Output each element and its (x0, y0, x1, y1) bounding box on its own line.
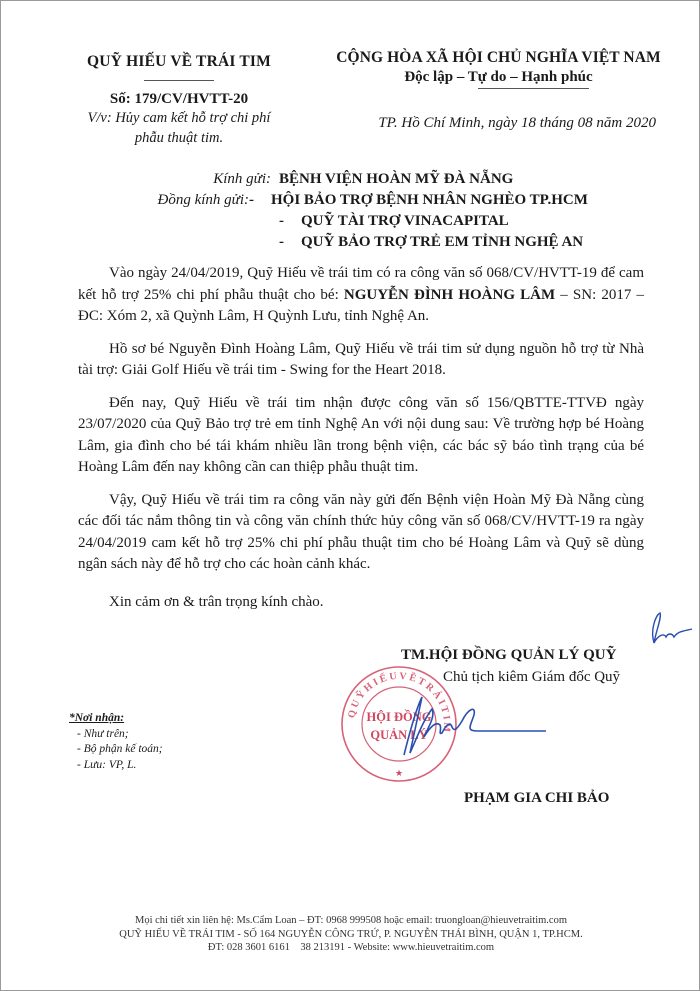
subject-line-2: phẫu thuật tim. (63, 129, 295, 148)
paragraph-3: Đến nay, Quỹ Hiếu về trái tim nhận được … (78, 393, 644, 479)
footer-contact: Mọi chi tiết xin liên hệ: Ms.Cẩm Loan – … (61, 914, 641, 928)
header-right: CỘNG HÒA XÃ HỘI CHỦ NGHĨA VIỆT NAM Độc l… (321, 49, 676, 132)
cc-value: QUỸ TÀI TRỢ VINACAPITAL (301, 211, 509, 232)
organization-name: QUỸ HIẾU VỀ TRÁI TIM (63, 53, 295, 71)
svg-text:★: ★ (395, 768, 403, 778)
addressees: Kính gửi: BỆNH VIỆN HOÀN MỸ ĐÀ NẴNG Đồng… (171, 169, 691, 253)
addressee-cc-1: Đồng kính gửi: - HỘI BẢO TRỢ BỆNH NHÂN N… (171, 190, 691, 211)
paragraph-4: Vậy, Quỹ Hiếu về trái tim ra công văn nà… (78, 490, 644, 576)
cc-dash: - (249, 190, 271, 211)
signatory-role: Chủ tịch kiêm Giám đốc Quỹ (443, 669, 620, 686)
header-left: QUỸ HIẾU VỀ TRÁI TIM Số: 179/CV/HVTT-20 … (63, 53, 295, 148)
cc-dash: - (279, 211, 301, 232)
cc-value: HỘI BẢO TRỢ BỆNH NHÂN NGHÈO TP.HCM (271, 190, 588, 211)
document-number: Số: 179/CV/HVTT-20 (63, 91, 295, 108)
distribution-item: - Bộ phận kế toán; (69, 742, 163, 758)
handwritten-signature-icon (396, 691, 556, 761)
initial-signature-icon (646, 609, 696, 649)
addressee-cc-2: - QUỸ TÀI TRỢ VINACAPITAL (171, 211, 691, 232)
patient-name: NGUYỄN ĐÌNH HOÀNG LÂM (344, 287, 555, 303)
closing-line: Xin cảm ơn & trân trọng kính chào. (109, 594, 324, 611)
date-line: TP. Hồ Chí Minh, ngày 18 tháng 08 năm 20… (321, 115, 676, 132)
addressee-primary: Kính gửi: BỆNH VIỆN HOÀN MỸ ĐÀ NẴNG (171, 169, 691, 190)
paragraph-2: Hồ sơ bé Nguyễn Đình Hoàng Lâm, Quỹ Hiếu… (78, 339, 644, 382)
footer-phone-website: ĐT: 028 3601 6161 38 213191 - Website: w… (61, 941, 641, 955)
national-title: CỘNG HÒA XÃ HỘI CHỦ NGHĨA VIỆT NAM (321, 49, 676, 67)
distribution-item: - Lưu: VP, L. (69, 758, 163, 774)
document-page: QUỸ HIẾU VỀ TRÁI TIM Số: 179/CV/HVTT-20 … (0, 0, 700, 991)
cc-value: QUỸ BẢO TRỢ TRẺ EM TỈNH NGHỆ AN (301, 232, 583, 253)
addressee-cc-3: - QUỸ BẢO TRỢ TRẺ EM TỈNH NGHỆ AN (171, 232, 691, 253)
distribution-heading: *Nơi nhận: (69, 711, 163, 727)
motto-underline (478, 88, 588, 89)
cc-dash: - (279, 232, 301, 253)
letter-footer: Mọi chi tiết xin liên hệ: Ms.Cẩm Loan – … (61, 914, 641, 955)
national-motto: Độc lập – Tự do – Hạnh phúc (404, 69, 592, 86)
header-divider (144, 80, 214, 81)
motto-text: Độc lập – Tự do – Hạnh phúc (404, 69, 592, 85)
signatory-name: PHẠM GIA CHI BẢO (464, 790, 609, 807)
subject-line-1: V/v: Hủy cam kết hỗ trợ chi phí (63, 109, 295, 128)
to-value: BỆNH VIỆN HOÀN MỸ ĐÀ NẴNG (279, 169, 513, 190)
distribution-item: - Như trên; (69, 727, 163, 743)
letter-body: Vào ngày 24/04/2019, Quỹ Hiếu về trái ti… (78, 263, 644, 587)
paragraph-1: Vào ngày 24/04/2019, Quỹ Hiếu về trái ti… (78, 263, 644, 328)
to-label: Kính gửi: (171, 169, 279, 190)
signatory-title: TM.HỘI ĐỒNG QUẢN LÝ QUỸ (401, 647, 616, 664)
distribution-list: *Nơi nhận: - Như trên; - Bộ phận kế toán… (69, 711, 163, 773)
footer-address: QUỸ HIẾU VỀ TRÁI TIM - SỐ 164 NGUYỄN CÔN… (61, 928, 641, 942)
